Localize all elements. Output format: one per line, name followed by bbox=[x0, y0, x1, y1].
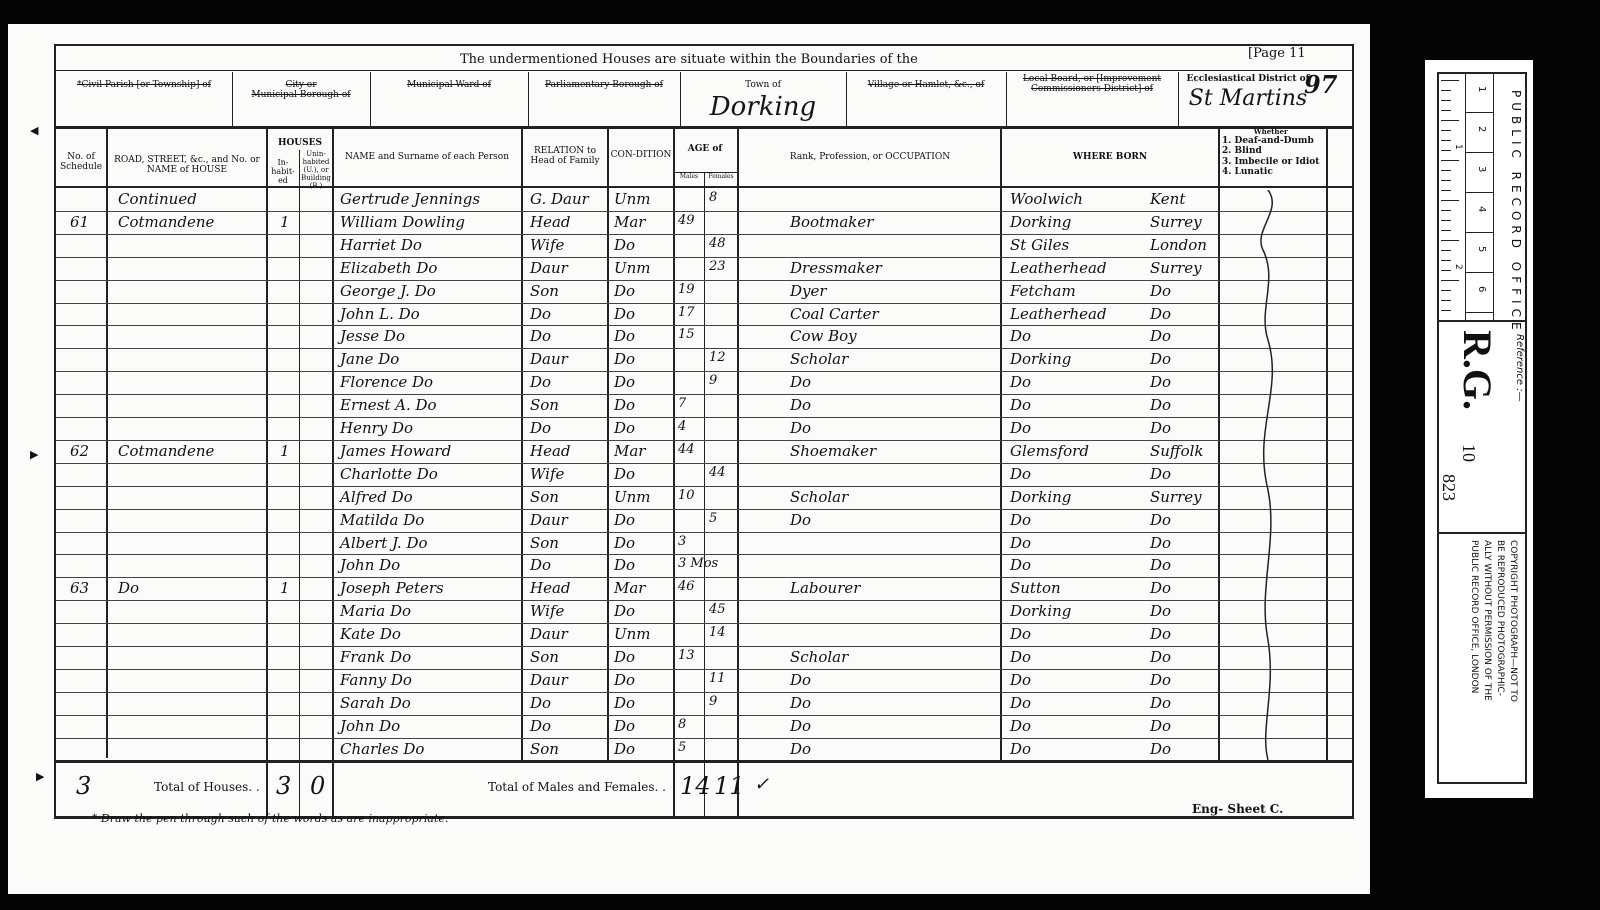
occupation-cell: Do bbox=[790, 373, 811, 391]
boundary-civil-parish: *Civil Parish [or Township] of bbox=[56, 72, 232, 126]
boundary-municipal-borough: City or Municipal Borough of bbox=[232, 72, 370, 126]
copyright-notice: COPYRIGHT PHOTOGRAPH—NOT TO BE REPRODUCE… bbox=[1467, 540, 1519, 702]
relation-cell: Son bbox=[530, 396, 559, 414]
row-divider bbox=[56, 692, 1352, 693]
female-age-cell: 9 bbox=[709, 373, 717, 388]
birthplace-cell: Dorking bbox=[1010, 350, 1071, 368]
birthplace-cell: Leatherhead bbox=[1010, 305, 1107, 323]
row-divider bbox=[56, 394, 1352, 395]
birthplace-cell: Do bbox=[1010, 465, 1031, 483]
row-divider bbox=[56, 348, 1352, 349]
birth-county-cell: Do bbox=[1150, 740, 1171, 758]
birth-county-cell: Do bbox=[1150, 396, 1171, 414]
col-header-name: NAME and Surname of each Person bbox=[334, 152, 520, 162]
row-divider bbox=[56, 325, 1352, 326]
total-males: 14 bbox=[680, 772, 711, 800]
birth-county-cell: Do bbox=[1150, 465, 1171, 483]
scale-number: 3 bbox=[1476, 166, 1487, 172]
birthplace-cell: Dorking bbox=[1010, 488, 1071, 506]
row-divider bbox=[56, 303, 1352, 304]
birth-county-cell: Do bbox=[1150, 625, 1171, 643]
page-number: [Page 11 bbox=[1248, 46, 1306, 61]
total-persons-label: Total of Males and Females. . bbox=[488, 780, 666, 794]
female-age-cell: 11 bbox=[709, 671, 726, 686]
series-code: R.G. bbox=[1454, 330, 1501, 410]
row-divider bbox=[56, 738, 1352, 739]
col-header-age: AGE of bbox=[675, 144, 735, 154]
margin-arrow-marker: ▶ bbox=[36, 770, 44, 783]
birth-county-cell: Surrey bbox=[1150, 259, 1202, 277]
birthplace-cell: Do bbox=[1010, 671, 1031, 689]
condition-cell: Do bbox=[614, 602, 635, 620]
female-age-cell: 9 bbox=[709, 694, 717, 709]
relation-cell: Wife bbox=[530, 602, 564, 620]
name-cell: Charlotte Do bbox=[340, 465, 438, 483]
reference-card: PUBLIC RECORD OFFICE 12345612 Reference … bbox=[1425, 60, 1533, 798]
row-divider bbox=[56, 623, 1352, 624]
birthplace-cell: Do bbox=[1010, 534, 1031, 552]
birth-county-cell: Do bbox=[1150, 556, 1171, 574]
occupation-cell: Cow Boy bbox=[790, 327, 857, 345]
birth-county-cell: Kent bbox=[1150, 190, 1185, 208]
birthplace-cell: Do bbox=[1010, 740, 1031, 758]
col-header-females: Females bbox=[705, 174, 737, 181]
relation-cell: Do bbox=[530, 327, 551, 345]
inhabited-cell: 1 bbox=[280, 579, 290, 597]
occupation-cell: Scholar bbox=[790, 488, 848, 506]
birth-county-cell: Do bbox=[1150, 327, 1171, 345]
birthplace-cell: Woolwich bbox=[1010, 190, 1083, 208]
relation-cell: Head bbox=[530, 213, 571, 231]
birth-county-cell: Surrey bbox=[1150, 213, 1202, 231]
relation-cell: Son bbox=[530, 488, 559, 506]
condition-cell: Do bbox=[614, 373, 635, 391]
occupation-cell: Dyer bbox=[790, 282, 827, 300]
road-cell: Do bbox=[118, 579, 139, 597]
birth-county-cell: Do bbox=[1150, 671, 1171, 689]
name-cell: Elizabeth Do bbox=[340, 259, 437, 277]
total-houses-label: Total of Houses. . bbox=[154, 780, 260, 794]
name-cell: William Dowling bbox=[340, 213, 465, 231]
name-cell: John L. Do bbox=[340, 305, 420, 323]
row-divider bbox=[56, 509, 1352, 510]
female-age-cell: 12 bbox=[709, 350, 726, 365]
town-name: Dorking bbox=[680, 92, 846, 122]
occupation-cell: Do bbox=[790, 694, 811, 712]
occupation-cell: Bootmaker bbox=[790, 213, 873, 231]
birthplace-cell: Do bbox=[1010, 556, 1031, 574]
condition-cell: Do bbox=[614, 305, 635, 323]
relation-cell: Do bbox=[530, 305, 551, 323]
male-age-cell: 7 bbox=[678, 396, 686, 411]
condition-cell: Do bbox=[614, 236, 635, 254]
boundary-municipal-ward: Municipal Ward of bbox=[370, 72, 528, 126]
row-divider bbox=[56, 554, 1352, 555]
birthplace-cell: Do bbox=[1010, 625, 1031, 643]
birthplace-cell: Do bbox=[1010, 373, 1031, 391]
condition-cell: Mar bbox=[614, 442, 645, 460]
row-divider bbox=[56, 600, 1352, 601]
condition-cell: Do bbox=[614, 648, 635, 666]
birth-county-cell: Do bbox=[1150, 694, 1171, 712]
male-age-cell: 4 bbox=[678, 419, 686, 434]
male-age-cell: 10 bbox=[678, 488, 695, 503]
sheet-label: Eng- Sheet C. bbox=[1192, 802, 1283, 816]
boundary-local-board: Local Board, or [Improvement Commissione… bbox=[1006, 72, 1178, 126]
birth-county-cell: Do bbox=[1150, 419, 1171, 437]
name-cell: Harriet Do bbox=[340, 236, 422, 254]
birth-county-cell: Do bbox=[1150, 373, 1171, 391]
public-record-office-label: PUBLIC RECORD OFFICE bbox=[1509, 90, 1523, 335]
name-cell: Jane Do bbox=[340, 350, 399, 368]
footnote: * Draw the pen through such of the words… bbox=[92, 812, 448, 825]
relation-cell: Son bbox=[530, 648, 559, 666]
reference-label: Reference :— bbox=[1514, 334, 1525, 402]
name-cell: Albert J. Do bbox=[340, 534, 428, 552]
relation-cell: Do bbox=[530, 717, 551, 735]
name-cell: Fanny Do bbox=[340, 671, 412, 689]
relation-cell: Daur bbox=[530, 350, 568, 368]
condition-cell: Unm bbox=[614, 625, 651, 643]
relation-cell: Do bbox=[530, 419, 551, 437]
relation-cell: Wife bbox=[530, 236, 564, 254]
col-header-inhabited: In-habit-ed bbox=[268, 158, 298, 186]
row-divider bbox=[56, 211, 1352, 212]
male-age-cell: 15 bbox=[678, 327, 695, 342]
birthplace-cell: Do bbox=[1010, 327, 1031, 345]
boundary-village: Village or Hamlet, &c., of bbox=[846, 72, 1006, 126]
birthplace-cell: Leatherhead bbox=[1010, 259, 1107, 277]
col-header-relation: RELATION to Head of Family bbox=[523, 146, 607, 167]
road-cell: Cotmandene bbox=[118, 213, 214, 231]
piece-number: 10 bbox=[1458, 444, 1479, 462]
occupation-cell: Labourer bbox=[790, 579, 860, 597]
birthplace-cell: Do bbox=[1010, 511, 1031, 529]
occupation-cell: Do bbox=[790, 511, 811, 529]
birth-county-cell: Do bbox=[1150, 511, 1171, 529]
name-cell: George J. Do bbox=[340, 282, 436, 300]
total-schedules: 3 bbox=[76, 772, 91, 800]
male-age-cell: 3 Mos bbox=[678, 556, 718, 571]
name-cell: Sarah Do bbox=[340, 694, 411, 712]
birthplace-cell: Do bbox=[1010, 648, 1031, 666]
row-divider bbox=[56, 371, 1352, 372]
scale-number: 5 bbox=[1476, 246, 1487, 252]
col-header-road: ROAD, STREET, &c., and No. or NAME of HO… bbox=[108, 155, 266, 176]
row-divider bbox=[56, 234, 1352, 235]
female-age-cell: 8 bbox=[709, 190, 717, 205]
birth-county-cell: Surrey bbox=[1150, 488, 1202, 506]
occupation-cell: Do bbox=[790, 671, 811, 689]
male-age-cell: 44 bbox=[678, 442, 695, 457]
condition-cell: Unm bbox=[614, 190, 651, 208]
col-header-condition: CON-DITION bbox=[609, 150, 673, 160]
male-age-cell: 17 bbox=[678, 305, 695, 320]
schedule-cell: 63 bbox=[70, 579, 89, 597]
inch-mark: 1 bbox=[1453, 144, 1463, 150]
relation-cell: Son bbox=[530, 282, 559, 300]
relation-cell: Daur bbox=[530, 259, 568, 277]
row-divider bbox=[56, 417, 1352, 418]
relation-cell: G. Daur bbox=[530, 190, 589, 208]
row-divider bbox=[56, 440, 1352, 441]
col-header-occupation: Rank, Profession, or OCCUPATION bbox=[740, 152, 1000, 162]
female-age-cell: 45 bbox=[709, 602, 726, 617]
occupation-cell: Dressmaker bbox=[790, 259, 882, 277]
birth-county-cell: London bbox=[1150, 236, 1207, 254]
condition-cell: Unm bbox=[614, 259, 651, 277]
relation-cell: Do bbox=[530, 556, 551, 574]
relation-cell: Son bbox=[530, 534, 559, 552]
folio-number: 97 bbox=[1304, 70, 1337, 99]
name-cell: Maria Do bbox=[340, 602, 411, 620]
female-age-cell: 5 bbox=[709, 511, 717, 526]
relation-cell: Daur bbox=[530, 625, 568, 643]
birth-county-cell: Suffolk bbox=[1150, 442, 1203, 460]
relation-cell: Son bbox=[530, 740, 559, 758]
name-cell: Charles Do bbox=[340, 740, 424, 758]
relation-cell: Daur bbox=[530, 671, 568, 689]
relation-cell: Daur bbox=[530, 511, 568, 529]
condition-cell: Do bbox=[614, 396, 635, 414]
relation-cell: Head bbox=[530, 579, 571, 597]
birth-county-cell: Do bbox=[1150, 350, 1171, 368]
birthplace-cell: Dorking bbox=[1010, 213, 1071, 231]
margin-arrow-marker: ▶ bbox=[30, 448, 38, 461]
birth-county-cell: Do bbox=[1150, 305, 1171, 323]
scale-number: 4 bbox=[1476, 206, 1487, 212]
condition-cell: Do bbox=[614, 282, 635, 300]
ecclesiastical-district-name: St Martins bbox=[1178, 86, 1318, 111]
condition-cell: Do bbox=[614, 556, 635, 574]
folio-reference: 823 bbox=[1438, 474, 1459, 501]
total-inhabited: 3 bbox=[276, 772, 291, 800]
condition-cell: Do bbox=[614, 350, 635, 368]
name-cell: Ernest A. Do bbox=[340, 396, 437, 414]
row-divider bbox=[56, 715, 1352, 716]
inhabited-cell: 1 bbox=[280, 442, 290, 460]
occupation-cell: Scholar bbox=[790, 350, 848, 368]
birthplace-cell: Glemsford bbox=[1010, 442, 1089, 460]
name-cell: Matilda Do bbox=[340, 511, 424, 529]
birthplace-cell: Do bbox=[1010, 717, 1031, 735]
female-age-cell: 23 bbox=[709, 259, 726, 274]
boundary-ecclesiastical-district: Ecclesiastical District of St Martins bbox=[1178, 72, 1318, 126]
male-age-cell: 13 bbox=[678, 648, 695, 663]
birthplace-cell: Do bbox=[1010, 419, 1031, 437]
col-header-uninhabited: Unin-habited (U.), or Building (B.) bbox=[300, 150, 332, 190]
scale-number: 6 bbox=[1476, 286, 1487, 292]
occupation-cell: Do bbox=[790, 740, 811, 758]
relation-cell: Wife bbox=[530, 465, 564, 483]
occupation-cell: Scholar bbox=[790, 648, 848, 666]
total-uninhabited: 0 bbox=[310, 772, 325, 800]
male-age-cell: 8 bbox=[678, 717, 686, 732]
occupation-cell: Shoemaker bbox=[790, 442, 876, 460]
birth-county-cell: Do bbox=[1150, 717, 1171, 735]
condition-cell: Do bbox=[614, 511, 635, 529]
name-cell: Kate Do bbox=[340, 625, 401, 643]
inch-mark: 2 bbox=[1453, 264, 1463, 270]
condition-cell: Unm bbox=[614, 488, 651, 506]
schedule-cell: 61 bbox=[70, 213, 89, 231]
row-divider bbox=[56, 669, 1352, 670]
birthplace-cell: St Giles bbox=[1010, 236, 1069, 254]
birthplace-cell: Do bbox=[1010, 694, 1031, 712]
male-age-cell: 3 bbox=[678, 534, 686, 549]
row-divider bbox=[56, 646, 1352, 647]
condition-cell: Do bbox=[614, 465, 635, 483]
name-cell: Jesse Do bbox=[340, 327, 405, 345]
relation-cell: Do bbox=[530, 373, 551, 391]
row-divider bbox=[56, 280, 1352, 281]
road-cell: Cotmandene bbox=[118, 442, 214, 460]
male-age-cell: 46 bbox=[678, 579, 695, 594]
birth-county-cell: Do bbox=[1150, 602, 1171, 620]
relation-cell: Do bbox=[530, 694, 551, 712]
condition-cell: Do bbox=[614, 327, 635, 345]
male-age-cell: 49 bbox=[678, 213, 695, 228]
boundaries-heading: The undermentioned Houses are situate wi… bbox=[460, 52, 918, 67]
occupation-cell: Do bbox=[790, 717, 811, 735]
total-females: 11 bbox=[714, 772, 745, 800]
row-divider bbox=[56, 463, 1352, 464]
name-cell: John Do bbox=[340, 717, 400, 735]
road-cell: Continued bbox=[118, 190, 197, 208]
scale-number: 2 bbox=[1476, 126, 1487, 132]
scale-number: 1 bbox=[1476, 86, 1487, 92]
birthplace-cell: Dorking bbox=[1010, 602, 1071, 620]
inhabited-cell: 1 bbox=[280, 213, 290, 231]
col-header-houses: HOUSES bbox=[268, 138, 332, 148]
name-cell: Joseph Peters bbox=[340, 579, 444, 597]
boundary-town: Town of Dorking bbox=[680, 72, 846, 126]
col-header-where-born: WHERE BORN bbox=[1002, 152, 1218, 162]
col-header-whether: Whether 1. Deaf-and-Dumb 2. Blind 3. Imb… bbox=[1222, 128, 1319, 177]
occupation-cell: Do bbox=[790, 396, 811, 414]
birth-county-cell: Do bbox=[1150, 648, 1171, 666]
condition-cell: Do bbox=[614, 717, 635, 735]
birth-county-cell: Do bbox=[1150, 282, 1171, 300]
condition-cell: Do bbox=[614, 419, 635, 437]
female-age-cell: 14 bbox=[709, 625, 726, 640]
condition-cell: Do bbox=[614, 671, 635, 689]
name-cell: Henry Do bbox=[340, 419, 413, 437]
name-cell: Gertrude Jennings bbox=[340, 190, 480, 208]
name-cell: James Howard bbox=[340, 442, 451, 460]
row-divider bbox=[56, 257, 1352, 258]
col-header-schedule: No. of Schedule bbox=[58, 152, 104, 173]
occupation-cell: Coal Carter bbox=[790, 305, 879, 323]
row-divider bbox=[56, 577, 1352, 578]
birth-county-cell: Do bbox=[1150, 534, 1171, 552]
condition-cell: Mar bbox=[614, 579, 645, 597]
col-header-males: Males bbox=[675, 174, 703, 181]
total-check-mark: ✓ bbox=[754, 774, 769, 795]
birthplace-cell: Fetcham bbox=[1010, 282, 1076, 300]
birthplace-cell: Do bbox=[1010, 396, 1031, 414]
row-divider bbox=[56, 486, 1352, 487]
birth-county-cell: Do bbox=[1150, 579, 1171, 597]
whether-column-blank-squiggle bbox=[1248, 190, 1288, 760]
condition-cell: Do bbox=[614, 694, 635, 712]
occupation-cell: Do bbox=[790, 419, 811, 437]
name-cell: Frank Do bbox=[340, 648, 411, 666]
female-age-cell: 44 bbox=[709, 465, 726, 480]
condition-cell: Do bbox=[614, 534, 635, 552]
birthplace-cell: Sutton bbox=[1010, 579, 1061, 597]
relation-cell: Head bbox=[530, 442, 571, 460]
margin-arrow-marker: ◀ bbox=[30, 124, 38, 137]
name-cell: John Do bbox=[340, 556, 400, 574]
row-divider bbox=[56, 532, 1352, 533]
male-age-cell: 5 bbox=[678, 740, 686, 755]
boundary-parliamentary-borough: Parliamentary Borough of bbox=[528, 72, 680, 126]
male-age-cell: 19 bbox=[678, 282, 695, 297]
name-cell: Alfred Do bbox=[340, 488, 413, 506]
name-cell: Florence Do bbox=[340, 373, 433, 391]
condition-cell: Mar bbox=[614, 213, 645, 231]
schedule-cell: 62 bbox=[70, 442, 89, 460]
female-age-cell: 48 bbox=[709, 236, 726, 251]
condition-cell: Do bbox=[614, 740, 635, 758]
